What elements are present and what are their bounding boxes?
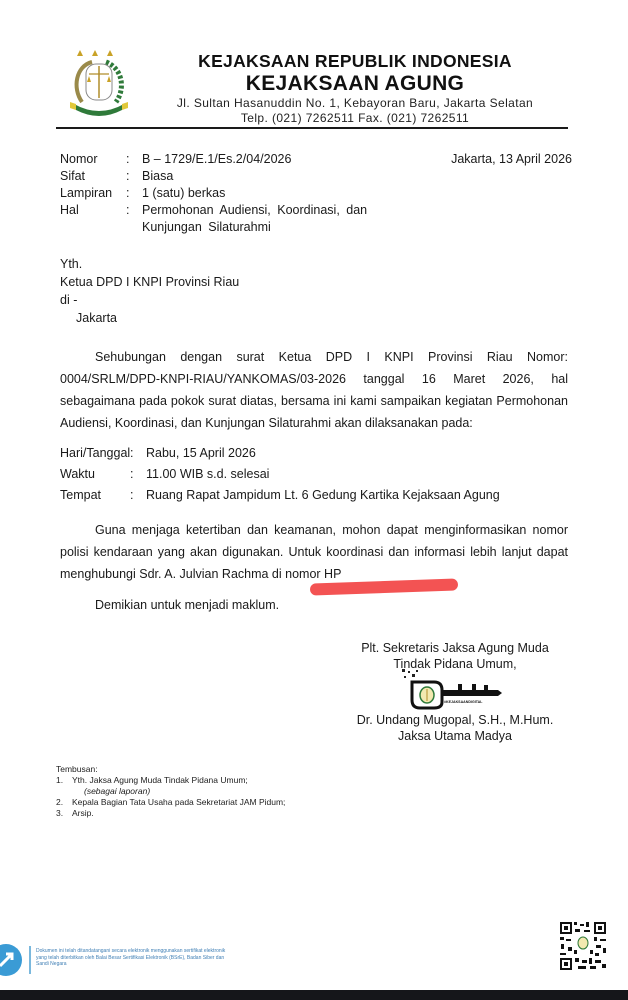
kejaksaan-emblem-icon: [66, 48, 136, 120]
copies-item-number: 3.: [56, 808, 72, 819]
meta-label: Sifat: [60, 168, 124, 185]
recipient-name: Ketua DPD I KNPI Provinsi Riau: [60, 273, 239, 291]
signatory-rank: Jaksa Utama Madya: [340, 728, 570, 744]
meta-colon: :: [124, 151, 142, 168]
meta-label: Lampiran: [60, 185, 124, 202]
bsre-footer: Dokumen ini telah ditandatangani secara …: [0, 940, 250, 980]
letterhead: KEJAKSAAN REPUBLIK INDONESIA KEJAKSAAN A…: [0, 0, 628, 140]
bsre-divider: [29, 946, 31, 974]
copies-item: 1. Yth. Jaksa Agung Muda Tindak Pidana U…: [56, 775, 285, 786]
detail-label: Hari/Tanggal: [60, 443, 130, 464]
meta-colon: :: [124, 185, 142, 202]
signatory-name: Dr. Undang Mugopal, S.H., M.Hum.: [340, 712, 570, 728]
qr-code-icon: [558, 920, 608, 972]
subject-line-2: Kunjungan Silaturahmi: [142, 220, 271, 234]
event-details: Hari/Tanggal : Rabu, 15 April 2026 Waktu…: [60, 443, 500, 506]
letter-date: Jakarta, 13 April 2026: [451, 151, 572, 168]
letter-meta: Nomor : B – 1729/E.1/Es.2/04/2026 Sifat …: [60, 151, 392, 236]
event-date: Rabu, 15 April 2026: [146, 443, 256, 464]
copies-item-text: Arsip.: [72, 808, 94, 819]
copies-heading: Tembusan:: [56, 764, 285, 775]
recipient-block: Yth. Ketua DPD I KNPI Provinsi Riau di -…: [60, 255, 239, 327]
detail-row-date: Hari/Tanggal : Rabu, 15 April 2026: [60, 443, 500, 464]
letter-number: B – 1729/E.1/Es.2/04/2026: [142, 151, 392, 168]
closing-sentence: Demikian untuk menjadi maklum.: [95, 596, 279, 614]
meta-row-lampiran: Lampiran : 1 (satu) berkas: [60, 185, 392, 202]
detail-row-time: Waktu : 11.00 WIB s.d. selesai: [60, 464, 500, 485]
paragraph-2-text: Guna menjaga ketertiban dan keamanan, mo…: [60, 523, 568, 581]
copies-item: 3. Arsip.: [56, 808, 285, 819]
signatory-title-line-1: Plt. Sekretaris Jaksa Agung Muda: [340, 640, 570, 656]
meta-label: Nomor: [60, 151, 124, 168]
meta-label: Hal: [60, 202, 124, 236]
recipient-at: di -: [60, 291, 239, 309]
letter-attachment: 1 (satu) berkas: [142, 185, 392, 202]
detail-colon: :: [130, 485, 146, 506]
e-signature-key-icon: #KEJAKSAANDIGITAL: [398, 668, 502, 710]
office-contact: Telp. (021) 7262511 Fax. (021) 7262511: [140, 111, 570, 126]
meta-row-hal: Hal : Permohonan Audiensi, Koordinasi, d…: [60, 202, 392, 236]
letter-nature: Biasa: [142, 168, 392, 185]
detail-colon: :: [130, 443, 146, 464]
meta-row-sifat: Sifat : Biasa: [60, 168, 392, 185]
letterhead-divider: [56, 127, 568, 129]
subject-line-1: Permohonan Audiensi, Koordinasi, dan: [142, 203, 367, 217]
office-name: KEJAKSAAN AGUNG: [140, 72, 570, 96]
bsre-notice: Dokumen ini telah ditandatangani secara …: [36, 948, 226, 968]
bsre-logo-icon: [0, 944, 22, 976]
copies-item-text: Kepala Bagian Tata Usaha pada Sekretaria…: [72, 797, 285, 808]
detail-label: Waktu: [60, 464, 130, 485]
copies-item-text: Yth. Jaksa Agung Muda Tindak Pidana Umum…: [72, 775, 248, 786]
letter-subject: Permohonan Audiensi, Koordinasi, dan Kun…: [142, 202, 392, 236]
esign-label: #KEJAKSAANDIGITAL: [444, 700, 483, 704]
copies-item-number: 1.: [56, 775, 72, 786]
meta-colon: :: [124, 202, 142, 236]
institution-name: KEJAKSAAN REPUBLIK INDONESIA: [140, 50, 570, 72]
copies-list: Tembusan: 1. Yth. Jaksa Agung Muda Tinda…: [56, 764, 285, 819]
body-paragraph-1: Sehubungan dengan surat Ketua DPD I KNPI…: [60, 346, 568, 434]
copies-item-number: 2.: [56, 797, 72, 808]
event-time: 11.00 WIB s.d. selesai: [146, 464, 269, 485]
detail-label: Tempat: [60, 485, 130, 506]
meta-colon: :: [124, 168, 142, 185]
copies-item: 2. Kepala Bagian Tata Usaha pada Sekreta…: [56, 797, 285, 808]
signatory: Dr. Undang Mugopal, S.H., M.Hum. Jaksa U…: [340, 712, 570, 744]
copies-item-note: (sebagai laporan): [56, 786, 285, 797]
office-address: Jl. Sultan Hasanuddin No. 1, Kebayoran B…: [140, 96, 570, 111]
event-place: Ruang Rapat Jampidum Lt. 6 Gedung Kartik…: [146, 485, 500, 506]
detail-row-place: Tempat : Ruang Rapat Jampidum Lt. 6 Gedu…: [60, 485, 500, 506]
detail-colon: :: [130, 464, 146, 485]
body-paragraph-2: Guna menjaga ketertiban dan keamanan, mo…: [60, 519, 568, 585]
recipient-greeting: Yth.: [60, 255, 239, 273]
recipient-city: Jakarta: [60, 309, 239, 327]
bottom-bar: [0, 990, 628, 1000]
meta-row-nomor: Nomor : B – 1729/E.1/Es.2/04/2026: [60, 151, 392, 168]
